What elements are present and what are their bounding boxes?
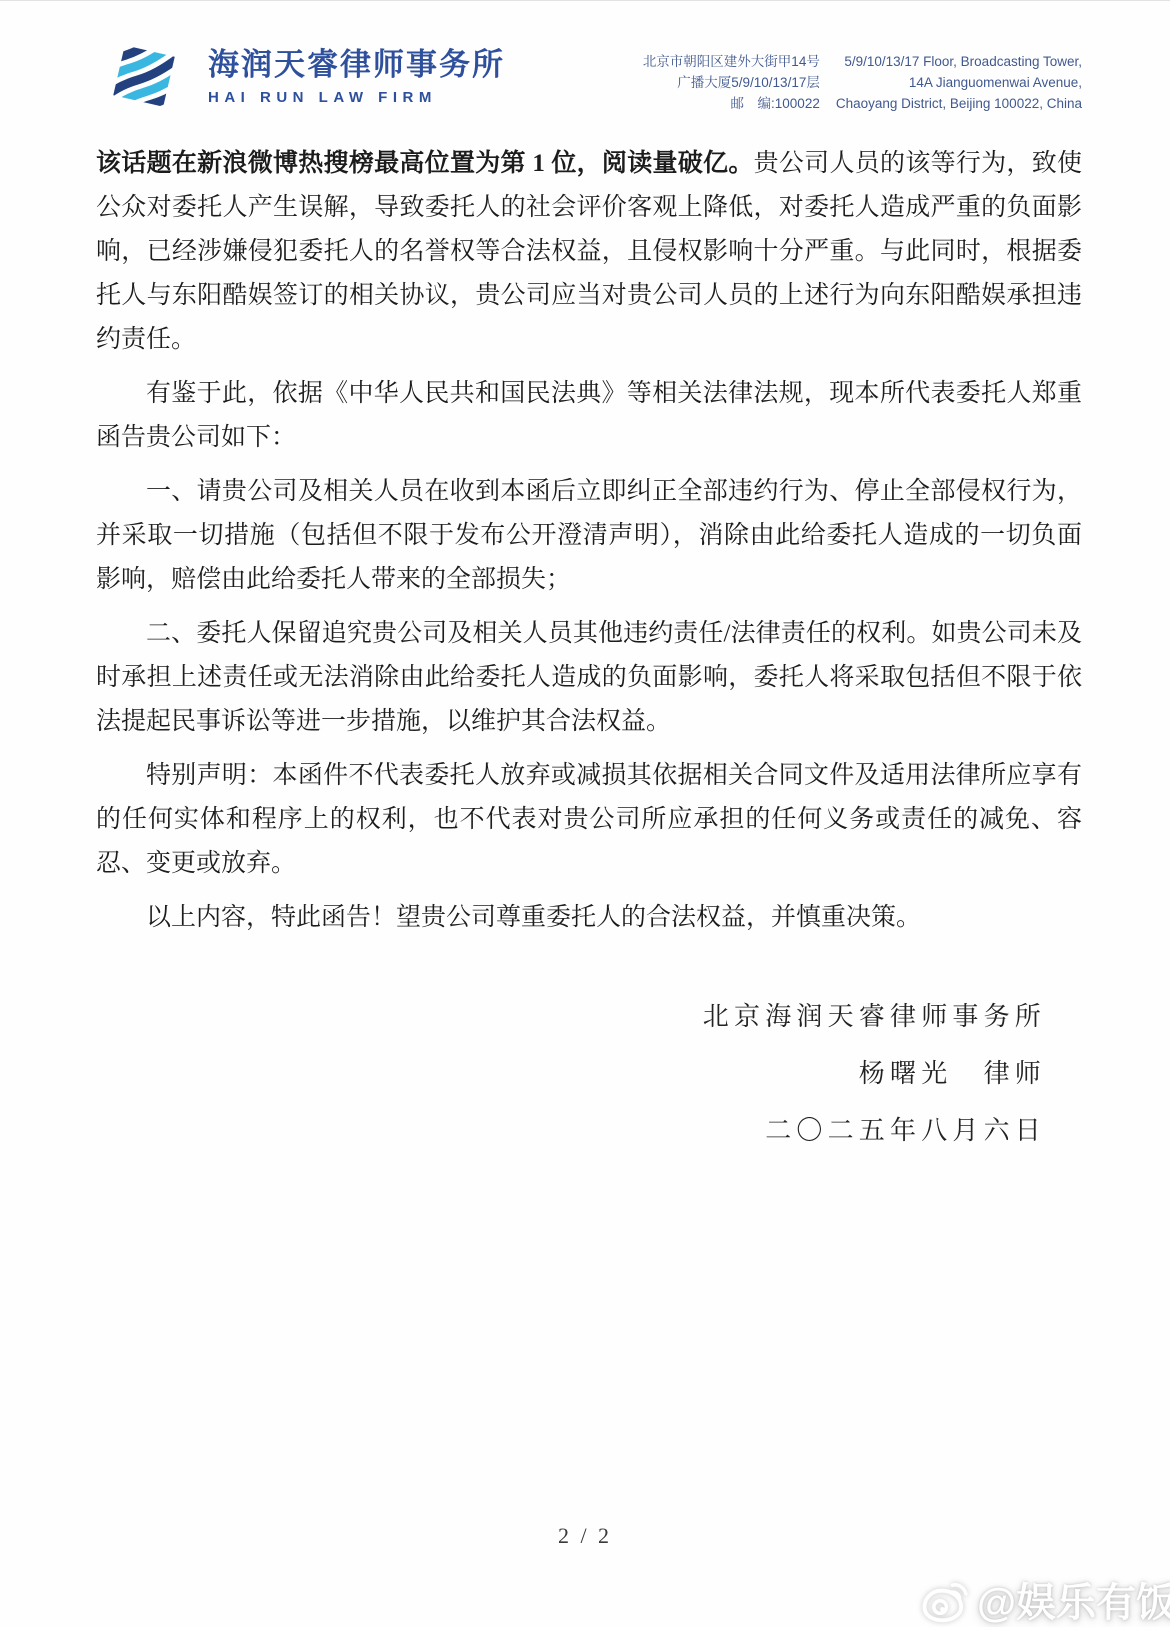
paragraph-5-special-statement: 特别声明：本函件不代表委托人放弃或减损其依据相关合同文件及适用法律所应享有的任何…: [96, 754, 1082, 886]
paragraph-6-closing: 以上内容，特此函告！望贵公司尊重委托人的合法权益，并慎重决策。: [96, 896, 1082, 940]
watermark-text: @娱乐有饭: [977, 1571, 1170, 1627]
page-number: 2 / 2: [0, 1523, 1170, 1549]
paragraph-3-demand-1: 一、请贵公司及相关人员在收到本函后立即纠正全部违约行为、停止全部侵权行为，并采取…: [96, 470, 1082, 602]
letterhead: 海润天睿律师事务所 HAI RUN LAW FIRM 北京市朝阳区建外大街甲14…: [96, 1, 1082, 114]
firm-address-english: 5/9/10/13/17 Floor, Broadcasting Tower, …: [836, 39, 1082, 114]
address-line: 14A Jianguomenwai Avenue,: [836, 72, 1082, 93]
paragraph-1: 该话题在新浪微博热搜榜最高位置为第 1 位，阅读量破亿。贵公司人员的该等行为，致…: [96, 142, 1082, 362]
letter-page: 海润天睿律师事务所 HAI RUN LAW FIRM 北京市朝阳区建外大街甲14…: [0, 1, 1170, 1627]
address-line: 5/9/10/13/17 Floor, Broadcasting Tower,: [836, 51, 1082, 72]
firm-name-english: HAI RUN LAW FIRM: [208, 89, 505, 106]
address-line: 北京市朝阳区建外大街甲14号: [643, 51, 820, 72]
firm-logo: 海润天睿律师事务所 HAI RUN LAW FIRM: [96, 39, 505, 113]
firm-name-block: 海润天睿律师事务所 HAI RUN LAW FIRM: [208, 46, 505, 106]
paragraph-1-rest: 贵公司人员的该等行为，致使公众对委托人产生误解，导致委托人的社会评价客观上降低，…: [96, 150, 1082, 353]
law-firm-logo-icon: [96, 39, 192, 113]
watermark: @娱乐有饭: [919, 1571, 1170, 1627]
address-line: 邮 编:100022: [643, 93, 820, 114]
address-line: 广播大厦5/9/10/13/17层: [643, 72, 820, 93]
address-line: Chaoyang District, Beijing 100022, China: [836, 93, 1082, 114]
firm-name-chinese: 海润天睿律师事务所: [208, 46, 505, 85]
signature-block: 北京海润天睿律师事务所 杨曙光 律师 二〇二五年八月六日: [96, 988, 1082, 1159]
signature-firm-name: 北京海润天睿律师事务所: [96, 988, 1046, 1045]
signature-date: 二〇二五年八月六日: [96, 1102, 1046, 1159]
weibo-icon: [919, 1575, 969, 1625]
letter-body: 该话题在新浪微博热搜榜最高位置为第 1 位，阅读量破亿。贵公司人员的该等行为，致…: [96, 142, 1082, 940]
paragraph-1-bold-lead: 该话题在新浪微博热搜榜最高位置为第 1 位，阅读量破亿。: [96, 150, 754, 177]
paragraph-4-demand-2: 二、委托人保留追究贵公司及相关人员其他违约责任/法律责任的权利。如贵公司未及时承…: [96, 612, 1082, 744]
signature-lawyer-name: 杨曙光 律师: [96, 1045, 1046, 1102]
firm-address-chinese: 北京市朝阳区建外大街甲14号 广播大厦5/9/10/13/17层 邮 编:100…: [643, 39, 820, 114]
paragraph-2: 有鉴于此，依据《中华人民共和国民法典》等相关法律法规，现本所代表委托人郑重函告贵…: [96, 372, 1082, 460]
